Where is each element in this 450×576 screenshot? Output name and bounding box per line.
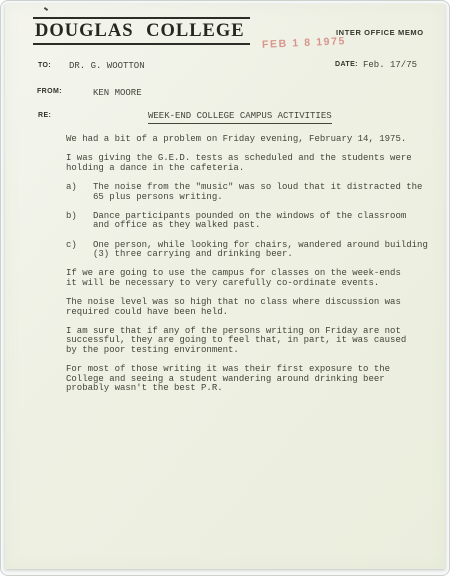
list-marker-c: c) <box>66 241 77 251</box>
to-value: DR. G. WOOTTON <box>69 61 145 71</box>
re-label: RE: <box>38 112 51 119</box>
date-label: DATE: <box>335 61 358 68</box>
list-text-c: One person, while looking for chairs, wa… <box>93 240 428 260</box>
date-received-stamp: FEB 1 8 1975 <box>262 35 346 51</box>
list-item-b: b) Dance participants pounded on the win… <box>66 212 430 231</box>
memo-paper: DOUGLAS COLLEGE INTER OFFICE MEMO FEB 1 … <box>5 4 445 569</box>
from-value: KEN MOORE <box>93 88 142 98</box>
paragraph-intro-2: I was giving the G.E.D. tests as schedul… <box>66 154 430 173</box>
paragraph-intro-1: We had a bit of a problem on Friday even… <box>66 135 430 145</box>
list-marker-b: b) <box>66 212 77 222</box>
memo-body: We had a bit of a problem on Friday even… <box>66 135 430 404</box>
inter-office-memo-label: INTER OFFICE MEMO <box>336 28 424 37</box>
list-text-a: The noise from the "music" was so loud t… <box>93 182 422 202</box>
paragraph-closing-1: If we are going to use the campus for cl… <box>66 269 430 288</box>
date-value: Feb. 17/75 <box>363 60 417 70</box>
scan-artifact-mark <box>44 7 48 11</box>
from-label: FROM: <box>37 88 62 95</box>
org-name: DOUGLAS COLLEGE <box>33 17 250 45</box>
paragraph-closing-2: The noise level was so high that no clas… <box>66 298 430 317</box>
college-logo: DOUGLAS COLLEGE <box>33 17 250 45</box>
paragraph-closing-3: I am sure that if any of the persons wri… <box>66 327 430 356</box>
list-text-b: Dance participants pounded on the window… <box>93 211 406 231</box>
list-item-c: c) One person, while looking for chairs,… <box>66 241 430 260</box>
scanned-memo: DOUGLAS COLLEGE INTER OFFICE MEMO FEB 1 … <box>0 0 450 576</box>
list-item-a: a) The noise from the "music" was so lou… <box>66 183 430 202</box>
paragraph-closing-4: For most of those writing it was their f… <box>66 365 430 394</box>
to-label: TO: <box>38 62 51 69</box>
subject-line: WEEK-END COLLEGE CAMPUS ACTIVITIES <box>148 111 332 124</box>
list-marker-a: a) <box>66 183 77 193</box>
